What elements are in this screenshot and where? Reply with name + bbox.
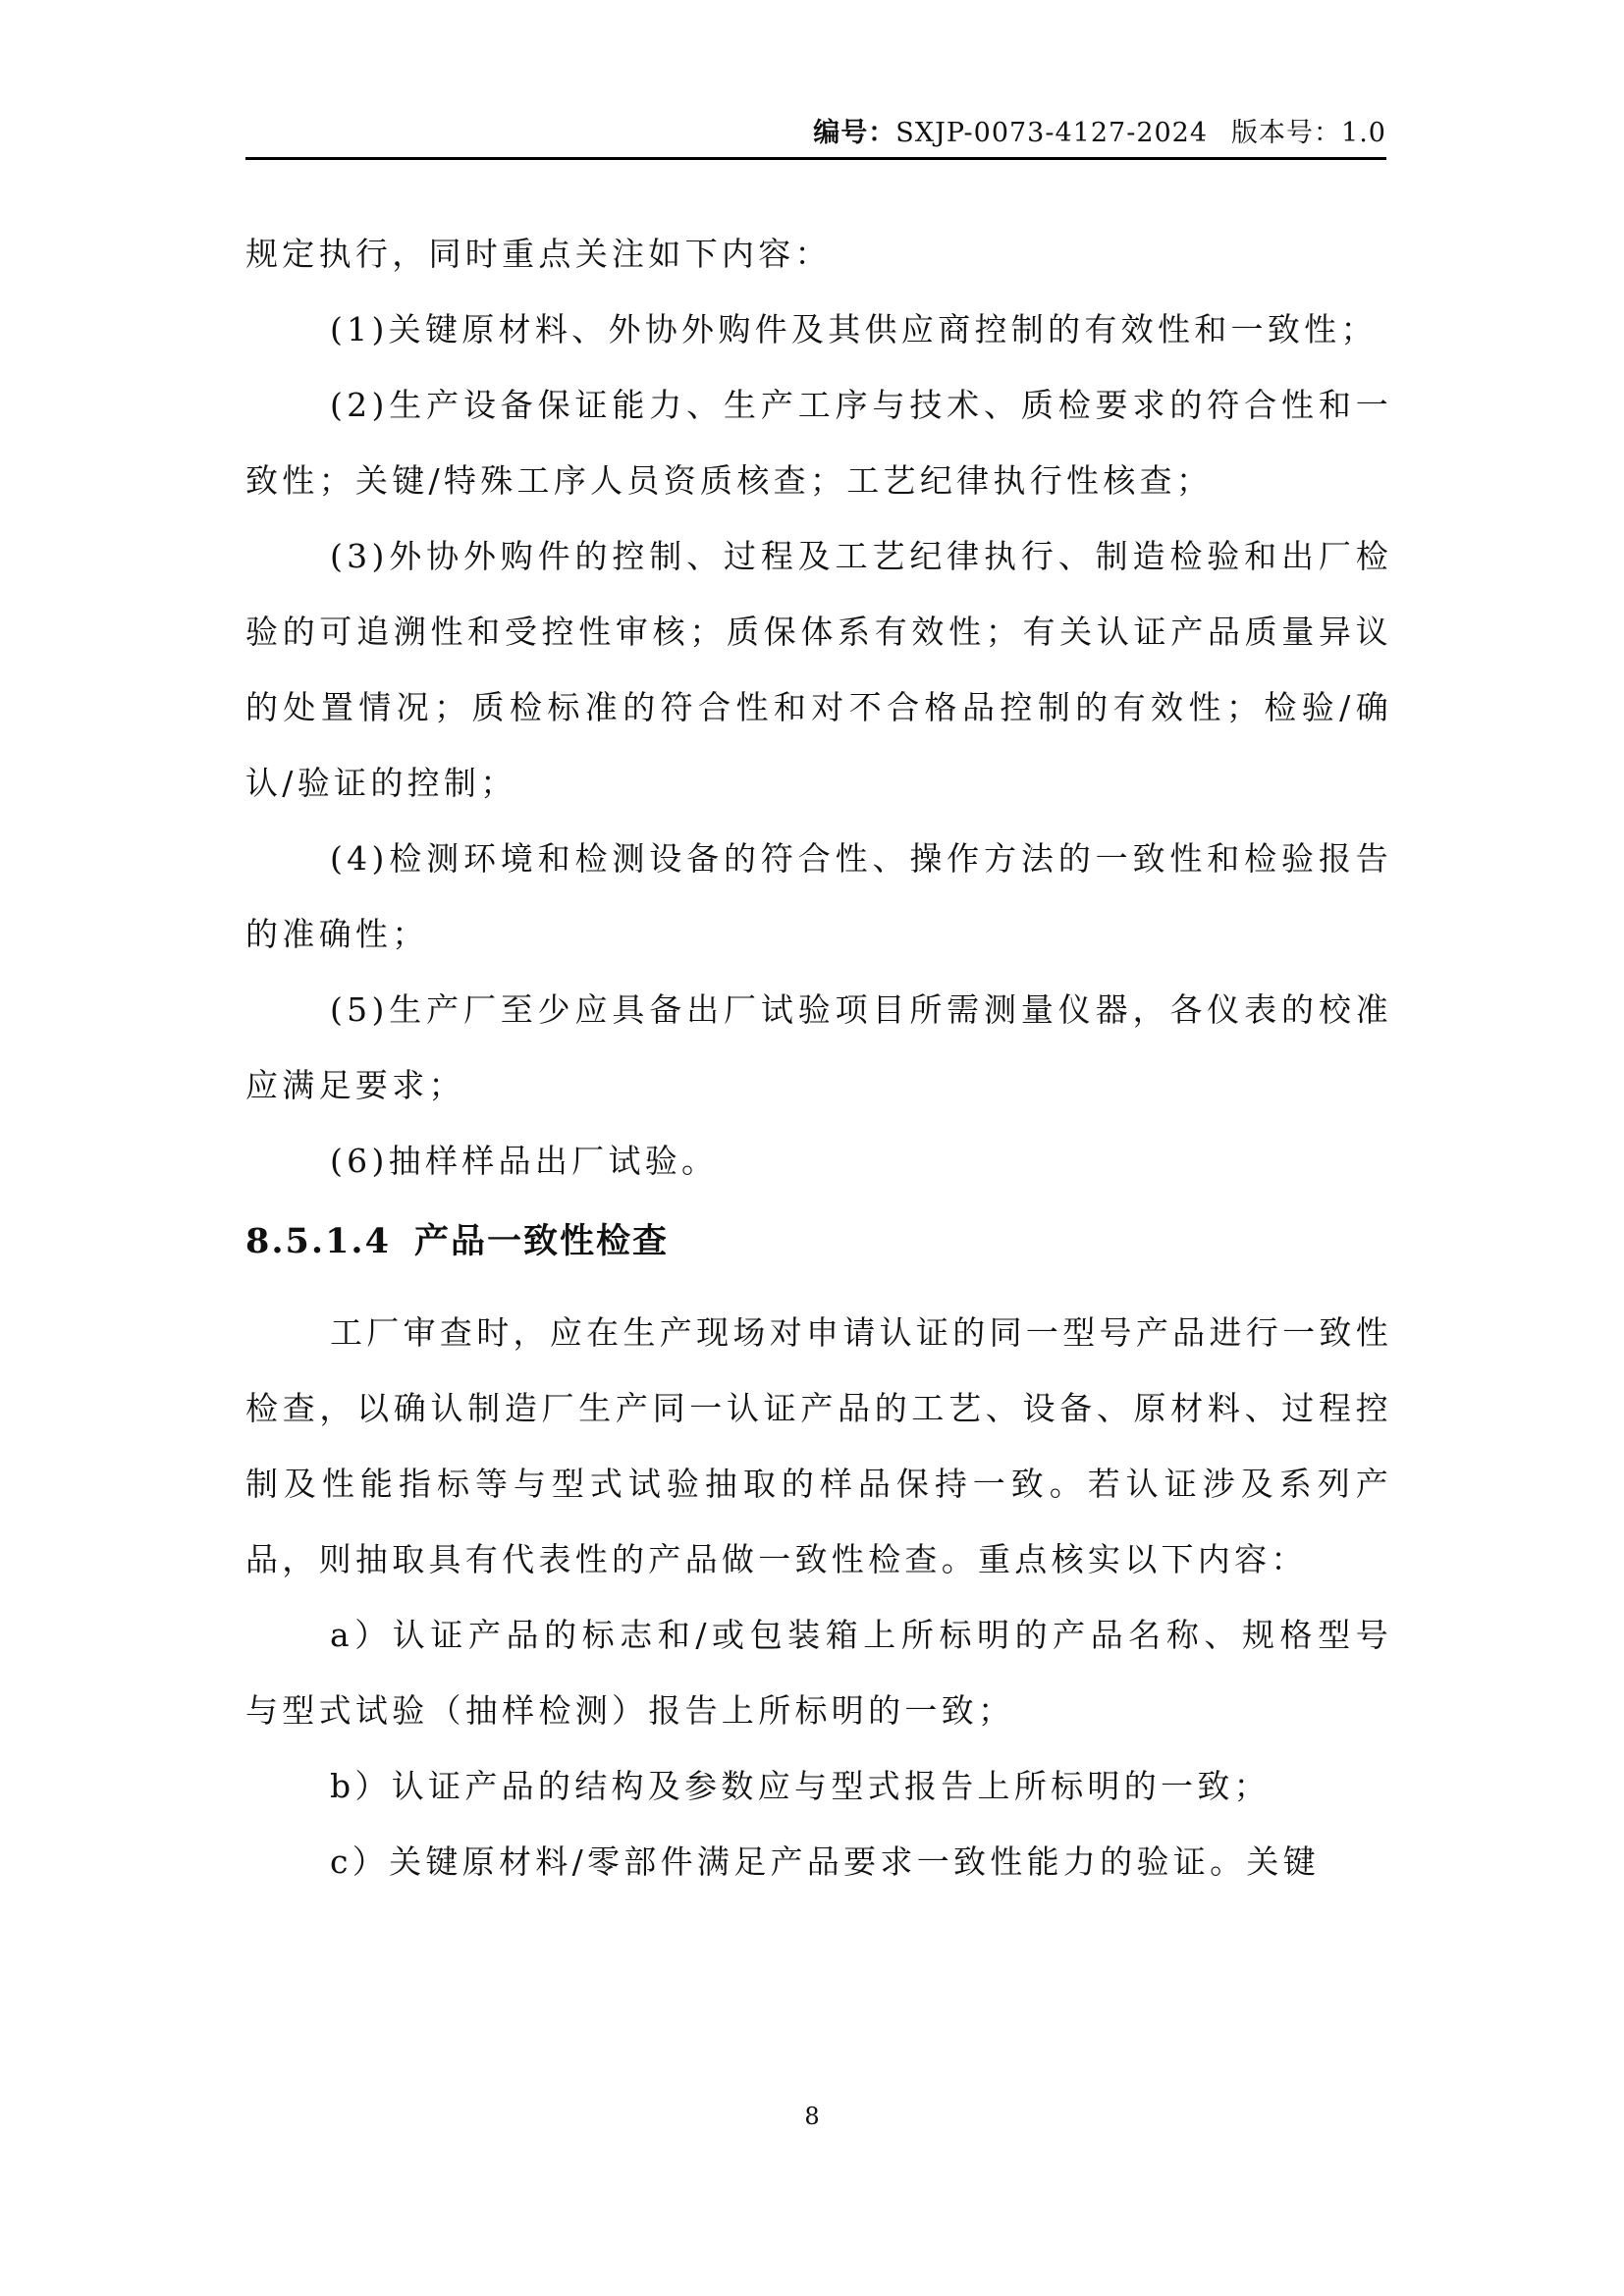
list-item: (4)检测环境和检测设备的符合性、操作方法的一致性和检验报告的准确性； <box>245 821 1392 972</box>
page-number: 8 <box>0 2103 1624 2130</box>
sub-item: a）认证产品的标志和/或包装箱上所标明的产品名称、规格型号与型式试验（抽样检测）… <box>245 1597 1392 1748</box>
section-number: 8.5.1.4 <box>245 1202 414 1281</box>
intro-continuation: 规定执行，同时重点关注如下内容： <box>245 216 1392 292</box>
document-code-label: 编号： <box>813 118 895 148</box>
page-header: 编号：SXJP-0073-4127-2024版本号：1.0 <box>245 116 1386 160</box>
list-item: (3)外协外购件的控制、过程及工艺纪律执行、制造检验和出厂检验的可追溯性和受控性… <box>245 518 1392 821</box>
version-label: 版本号： <box>1231 118 1341 148</box>
list-item: (5)生产厂至少应具备出厂试验项目所需测量仪器，各仪表的校准应满足要求； <box>245 972 1392 1123</box>
sub-item: c）关键原材料/零部件满足产品要求一致性能力的验证。关键 <box>245 1824 1392 1899</box>
list-item: (2)生产设备保证能力、生产工序与技术、质检要求的符合性和一致性；关键/特殊工序… <box>245 367 1392 518</box>
section-title: 产品一致性检查 <box>414 1222 669 1261</box>
list-item: (1)关键原材料、外协外购件及其供应商控制的有效性和一致性； <box>245 292 1392 367</box>
list-item: (6)抽样样品出厂试验。 <box>245 1123 1392 1199</box>
version-value: 1.0 <box>1341 118 1386 148</box>
sub-item: b）认证产品的结构及参数应与型式报告上所标明的一致； <box>245 1748 1392 1824</box>
document-code-value: SXJP-0073-4127-2024 <box>895 118 1208 148</box>
section-heading: 8.5.1.4产品一致性检查 <box>245 1202 1392 1285</box>
document-body: 规定执行，同时重点关注如下内容： (1)关键原材料、外协外购件及其供应商控制的有… <box>245 216 1392 1899</box>
section-paragraph: 工厂审查时，应在生产现场对申请认证的同一型号产品进行一致性检查，以确认制造厂生产… <box>245 1295 1392 1597</box>
